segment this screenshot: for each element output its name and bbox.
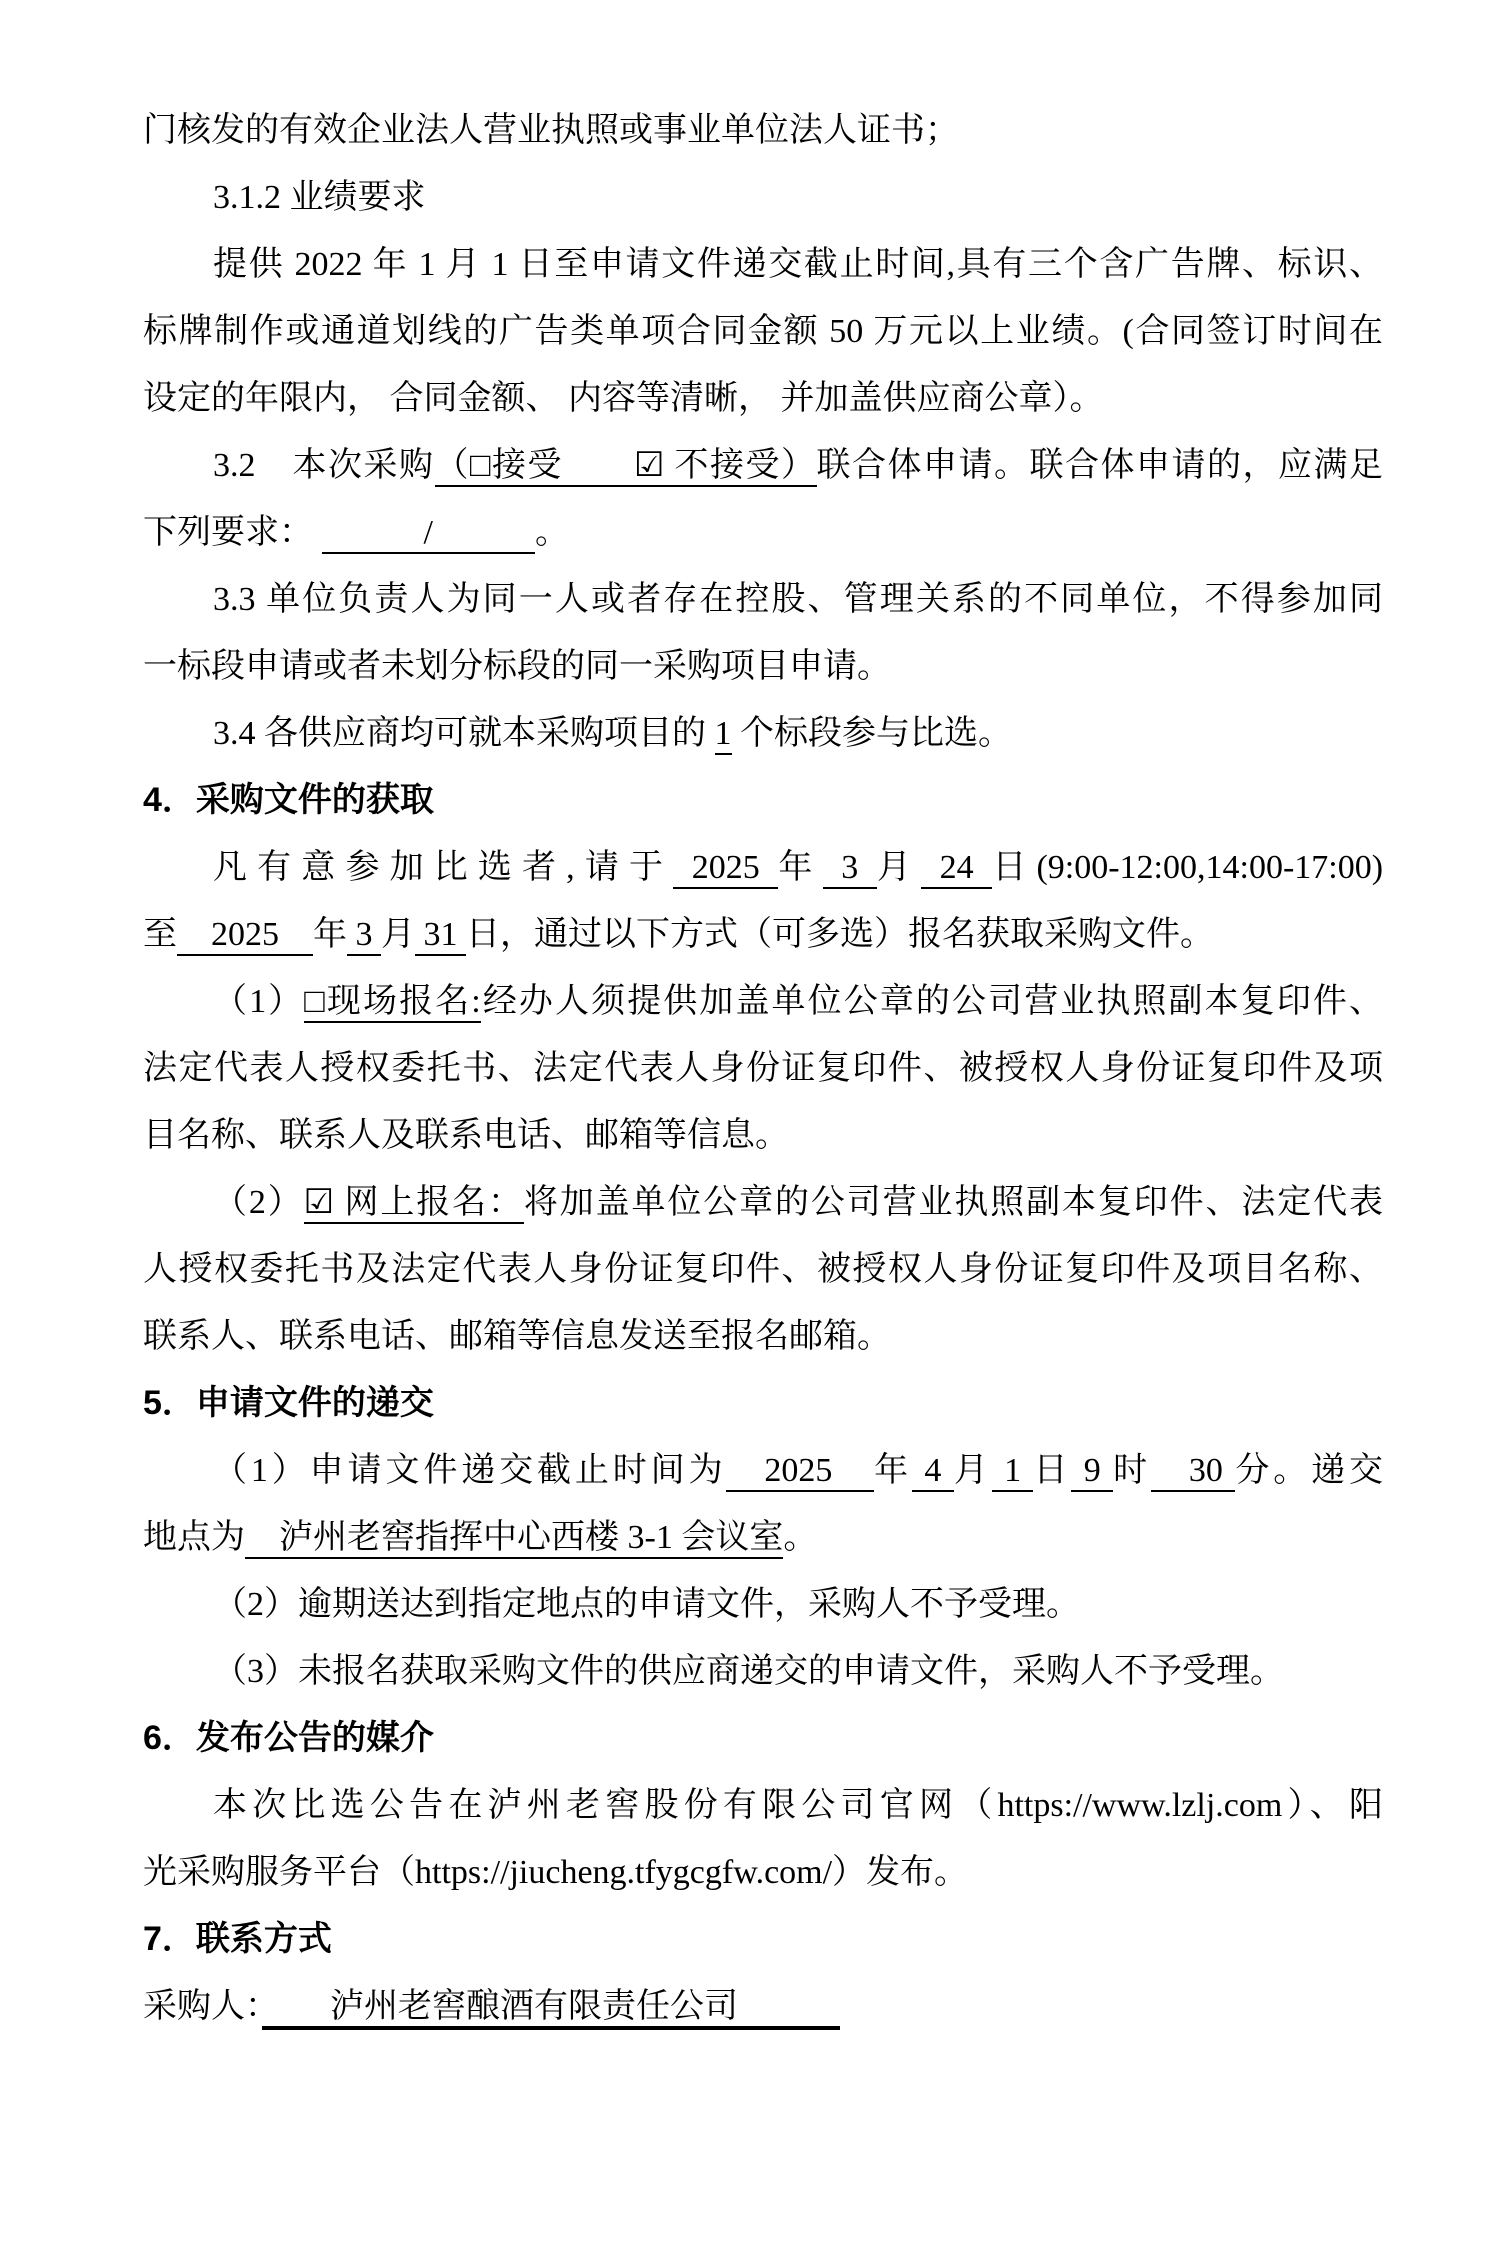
doc-line: 提供 2022 年 1 月 1 日至申请文件递交截止时间,具有三个含广告牌、标识… [143, 231, 1383, 298]
doc-line: （2）☑ 网上报名：将加盖单位公章的公司营业执照副本复印件、法定代表 [143, 1169, 1383, 1236]
checked-checkbox-icon-text: （□接受 ☑ 不接受） [435, 447, 817, 487]
text-segment: 4．采购文件的获取 [143, 781, 434, 819]
text-segment: 地点为 [143, 1519, 245, 1556]
doc-line: 人授权委托书及法定代表人身份证复印件、被授权人身份证复印件及项目名称、 [143, 1236, 1383, 1303]
underlined-text: 泸州老窖指挥中心西楼 3-1 会议室 [245, 1519, 783, 1559]
text-segment: 个标段参与比选。 [732, 715, 1013, 752]
doc-line: 标牌制作或通道划线的广告类单项合同金额 50 万元以上业绩。(合同签订时间在 [143, 298, 1383, 365]
doc-line: （3）未报名获取采购文件的供应商递交的申请文件，采购人不予受理。 [143, 1638, 1383, 1705]
section-heading: 4．采购文件的获取 [143, 767, 1383, 834]
text-segment: 门核发的有效企业法人营业执照或事业单位法人证书； [143, 112, 959, 149]
doc-line: （1）申请文件递交截止时间为 2025 年 4 月 1 日 9 时 30 分。递… [143, 1437, 1383, 1504]
text-segment: 人授权委托书及法定代表人身份证复印件、被授权人身份证复印件及项目名称、 [143, 1251, 1383, 1288]
underlined-text: 31 [415, 916, 466, 956]
underlined-text: 9 [1071, 1452, 1113, 1492]
doc-line: 凡有意参加比选者,请于 2025 年 3 月 24 日(9:00-12:00,1… [143, 834, 1383, 901]
text-segment: 设定的年限内， 合同金额、 内容等清晰， 并加盖供应商公章）。 [143, 380, 1104, 417]
text-segment: 目名称、联系人及联系电话、邮箱等信息。 [143, 1117, 789, 1154]
doc-line: 3.2 本次采购（□接受 ☑ 不接受）联合体申请。联合体申请的，应满足 [143, 432, 1383, 499]
text-segment: 7．联系方式 [143, 1920, 332, 1958]
text-segment: 月 [381, 916, 415, 953]
underlined-text: 3 [823, 849, 877, 889]
text-segment: 将加盖单位公章的公司营业执照副本复印件、法定代表 [524, 1184, 1383, 1221]
underlined-text: 4 [912, 1452, 954, 1492]
text-segment: （2） [213, 1184, 304, 1221]
text-segment: 经办人须提供加盖单位公章的公司营业执照副本复印件、 [481, 983, 1383, 1020]
underlined-text: 1 [715, 715, 732, 755]
section-heading: 5．申请文件的递交 [143, 1370, 1383, 1437]
text-segment: 一标段申请或者未划分标段的同一采购项目申请。 [143, 648, 891, 685]
unchecked-checkbox-icon-text: □现场报名: [304, 983, 480, 1023]
checked-checkbox-icon-text: ☑ 网上报名： [304, 1184, 524, 1224]
text-segment: 光采购服务平台（https://jiucheng.tfygcgfw.com/）发… [143, 1854, 968, 1891]
doc-line: 至 2025 年 3 月 31 日，通过以下方式（可多选）报名获取采购文件。 [143, 901, 1383, 968]
doc-line: 3.3 单位负责人为同一人或者存在控股、管理关系的不同单位，不得参加同 [143, 566, 1383, 633]
text-segment: 提供 2022 年 1 月 1 日至申请文件递交截止时间,具有三个含广告牌、标识… [213, 246, 1383, 283]
text-segment: 3.2 本次采购 [213, 447, 435, 484]
underlined-text: 1 [992, 1452, 1034, 1492]
text-segment: 日，通过以下方式（可多选）报名获取采购文件。 [466, 916, 1214, 953]
text-segment: 至 [143, 916, 177, 953]
underlined-text: 泸州老窖酿酒有限责任公司 [262, 1988, 840, 2030]
text-segment: （2）逾期送达到指定地点的申请文件，采购人不予受理。 [213, 1586, 1080, 1623]
doc-line: 门核发的有效企业法人营业执照或事业单位法人证书； [143, 97, 1383, 164]
doc-line: 本次比选公告在泸州老窖股份有限公司官网（https://www.lzlj.com… [143, 1772, 1383, 1839]
text-segment: 分。递交 [1235, 1452, 1383, 1489]
underlined-text: 24 [921, 849, 992, 889]
text-segment: 联合体申请。联合体申请的，应满足 [817, 447, 1383, 484]
text-segment: 法定代表人授权委托书、法定代表人身份证复印件、被授权人身份证复印件及项 [143, 1050, 1383, 1087]
text-segment: 日(9:00-12:00,14:00-17:00) [992, 849, 1383, 886]
text-segment: 时 [1113, 1452, 1151, 1489]
text-segment: 年 [874, 1452, 912, 1489]
doc-line: 采购人： 泸州老窖酿酒有限责任公司 [143, 1973, 1383, 2040]
doc-line: 下列要求： / 。 [143, 499, 1383, 566]
text-segment: 采购人： [143, 1988, 262, 2025]
text-segment: 联系人、联系电话、邮箱等信息发送至报名邮箱。 [143, 1318, 891, 1355]
doc-line: （1）□现场报名:经办人须提供加盖单位公章的公司营业执照副本复印件、 [143, 968, 1383, 1035]
underlined-text: / [322, 514, 535, 554]
doc-line: 3.1.2 业绩要求 [143, 164, 1383, 231]
text-segment: （1） [213, 983, 304, 1020]
doc-line: 联系人、联系电话、邮箱等信息发送至报名邮箱。 [143, 1303, 1383, 1370]
text-segment: 下列要求： [143, 514, 322, 551]
text-segment: 3.4 各供应商均可就本采购项目的 [213, 715, 715, 752]
text-segment: 本次比选公告在泸州老窖股份有限公司官网（https://www.lzlj.com… [213, 1787, 1383, 1824]
underlined-text: 2025 [673, 849, 778, 889]
doc-line: 设定的年限内， 合同金额、 内容等清晰， 并加盖供应商公章）。 [143, 365, 1383, 432]
text-segment: （3）未报名获取采购文件的供应商递交的申请文件，采购人不予受理。 [213, 1653, 1284, 1690]
text-segment: 6．发布公告的媒介 [143, 1719, 434, 1757]
text-segment: 年 [778, 849, 822, 886]
text-segment: 年 [313, 916, 347, 953]
underlined-text: 3 [347, 916, 381, 956]
text-segment: 5．申请文件的递交 [143, 1384, 434, 1422]
document-page: 门核发的有效企业法人营业执照或事业单位法人证书；3.1.2 业绩要求提供 202… [0, 0, 1500, 2259]
doc-line: 地点为 泸州老窖指挥中心西楼 3-1 会议室。 [143, 1504, 1383, 1571]
text-segment: 凡有意参加比选者,请于 [213, 849, 673, 886]
text-segment: 标牌制作或通道划线的广告类单项合同金额 50 万元以上业绩。(合同签订时间在 [143, 313, 1383, 350]
text-segment: （1）申请文件递交截止时间为 [213, 1452, 726, 1489]
section-heading: 7．联系方式 [143, 1906, 1383, 1973]
text-segment: 月 [954, 1452, 992, 1489]
text-segment: 。 [535, 514, 569, 551]
text-segment: 。 [783, 1519, 817, 1556]
text-segment: 3.3 单位负责人为同一人或者存在控股、管理关系的不同单位，不得参加同 [213, 581, 1383, 618]
underlined-text: 30 [1151, 1452, 1235, 1492]
underlined-text: 2025 [177, 916, 313, 956]
document-content: 门核发的有效企业法人营业执照或事业单位法人证书；3.1.2 业绩要求提供 202… [143, 97, 1383, 2040]
doc-line: 3.4 各供应商均可就本采购项目的 1 个标段参与比选。 [143, 700, 1383, 767]
text-segment: 3.1.2 业绩要求 [213, 179, 426, 216]
section-heading: 6．发布公告的媒介 [143, 1705, 1383, 1772]
underlined-text: 2025 [726, 1452, 874, 1492]
text-segment: 月 [877, 849, 921, 886]
doc-line: （2）逾期送达到指定地点的申请文件，采购人不予受理。 [143, 1571, 1383, 1638]
doc-line: 法定代表人授权委托书、法定代表人身份证复印件、被授权人身份证复印件及项 [143, 1035, 1383, 1102]
doc-line: 目名称、联系人及联系电话、邮箱等信息。 [143, 1102, 1383, 1169]
doc-line: 一标段申请或者未划分标段的同一采购项目申请。 [143, 633, 1383, 700]
doc-line: 光采购服务平台（https://jiucheng.tfygcgfw.com/）发… [143, 1839, 1383, 1906]
text-segment: 日 [1033, 1452, 1071, 1489]
